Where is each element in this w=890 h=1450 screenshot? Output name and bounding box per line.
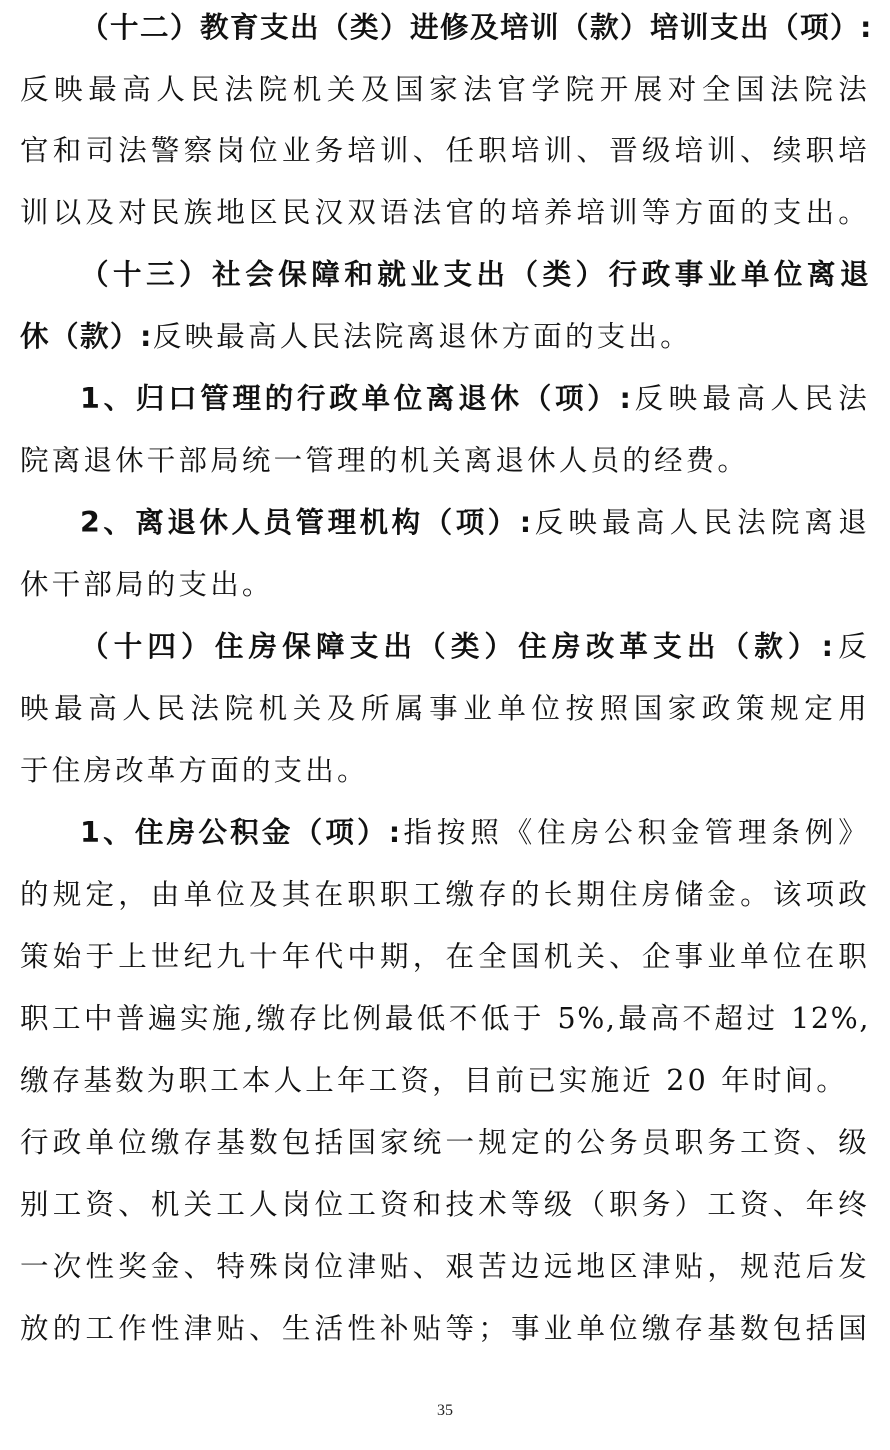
- body-text: 缴存基数为职工本人上年工资，目前已实施近 20 年时间。: [20, 1064, 848, 1097]
- item-retirement-agency: 2、离退休人员管理机构（项）:反映最高人民法院离退: [80, 503, 870, 543]
- text-line: 放的工作性津贴、生活性补贴等；事业单位缴存基数包括国: [20, 1309, 870, 1349]
- text-line: 休干部局的支出。: [20, 565, 870, 605]
- text-line: 策始于上世纪九十年代中期，在全国机关、企事业单位在职: [20, 937, 870, 977]
- text-line: 院离退休干部局统一管理的机关离退休人员的经费。: [20, 441, 870, 481]
- text-line: 训以及对民族地区民汉双语法官的培养培训等方面的支出。: [20, 193, 870, 233]
- heading-social-security: （十三）社会保障和就业支出（类）行政事业单位离退: [80, 255, 870, 295]
- body-text: 反映最高人民法: [632, 382, 870, 415]
- body-text: 职工中普遍实施,缴存比例最低不低于 5%,最高不超过 12%,: [20, 1002, 870, 1035]
- text-line: 于住房改革方面的支出。: [20, 751, 870, 791]
- text-line: 行政单位缴存基数包括国家统一规定的公务员职务工资、级: [20, 1123, 870, 1163]
- body-text: 反映最高人民法院离退休方面的支出。: [153, 320, 692, 353]
- heading-education-training: （十二）教育支出（类）进修及培训（款）培训支出（项）:: [80, 8, 870, 48]
- body-text: 一次性奖金、特殊岗位津贴、艰苦边远地区津贴，规范后发: [20, 1250, 870, 1283]
- body-text: 训以及对民族地区民汉双语法官的培养培训等方面的支出。: [20, 196, 870, 229]
- page-number: 35: [0, 1402, 890, 1420]
- body-text: 映最高人民法院机关及所属事业单位按照国家政策规定用: [20, 692, 870, 725]
- body-text: 反: [835, 630, 870, 663]
- heading-housing: （十四）住房保障支出（类）住房改革支出（款）:反: [80, 627, 870, 667]
- body-text: 行政单位缴存基数包括国家统一规定的公务员职务工资、级: [20, 1126, 870, 1159]
- text-line: 的规定，由单位及其在职职工缴存的长期住房储金。该项政: [20, 875, 870, 915]
- body-text: 反映最高人民法院离退: [533, 506, 870, 539]
- heading-text: 1、归口管理的行政单位离退休（项）:: [80, 382, 632, 415]
- body-text: 指按照《住房公积金管理条例》: [402, 816, 870, 849]
- item-housing-fund: 1、住房公积金（项）:指按照《住房公积金管理条例》: [80, 813, 870, 853]
- document-page: （十二）教育支出（类）进修及培训（款）培训支出（项）: 反映最高人民法院机关及国…: [0, 0, 890, 1450]
- heading-text: 休（款）:: [20, 320, 153, 353]
- item-retirement-admin: 1、归口管理的行政单位离退休（项）:反映最高人民法: [80, 379, 870, 419]
- body-text: 放的工作性津贴、生活性补贴等；事业单位缴存基数包括国: [20, 1312, 870, 1345]
- body-text: 院离退休干部局统一管理的机关离退休人员的经费。: [20, 444, 749, 477]
- body-text: 官和司法警察岗位业务培训、任职培训、晋级培训、续职培: [20, 134, 870, 167]
- body-text: 反映最高人民法院机关及国家法官学院开展对全国法院法: [20, 73, 870, 106]
- text-line: 职工中普遍实施,缴存比例最低不低于 5%,最高不超过 12%,: [20, 999, 870, 1039]
- heading-text: （十二）教育支出（类）进修及培训（款）培训支出（项）:: [80, 11, 873, 44]
- body-text: 别工资、机关工人岗位工资和技术等级（职务）工资、年终: [20, 1188, 870, 1221]
- text-line: 一次性奖金、特殊岗位津贴、艰苦边远地区津贴，规范后发: [20, 1247, 870, 1287]
- body-text: 策始于上世纪九十年代中期，在全国机关、企事业单位在职: [20, 940, 870, 973]
- heading-text: 2、离退休人员管理机构（项）:: [80, 506, 533, 539]
- text-line: 反映最高人民法院机关及国家法官学院开展对全国法院法: [20, 70, 870, 110]
- text-line: 映最高人民法院机关及所属事业单位按照国家政策规定用: [20, 689, 870, 729]
- heading-text: 1、住房公积金（项）:: [80, 816, 402, 849]
- body-text: 的规定，由单位及其在职职工缴存的长期住房储金。该项政: [20, 878, 870, 911]
- heading-text: （十三）社会保障和就业支出（类）行政事业单位离退: [80, 258, 870, 291]
- body-text: 于住房改革方面的支出。: [20, 754, 369, 787]
- text-line: 别工资、机关工人岗位工资和技术等级（职务）工资、年终: [20, 1185, 870, 1225]
- body-text: 休干部局的支出。: [20, 568, 274, 601]
- text-line: 缴存基数为职工本人上年工资，目前已实施近 20 年时间。: [20, 1061, 870, 1101]
- heading-text: （十四）住房保障支出（类）住房改革支出（款）:: [80, 630, 835, 663]
- text-line: 官和司法警察岗位业务培训、任职培训、晋级培训、续职培: [20, 131, 870, 171]
- text-line: 休（款）:反映最高人民法院离退休方面的支出。: [20, 317, 870, 357]
